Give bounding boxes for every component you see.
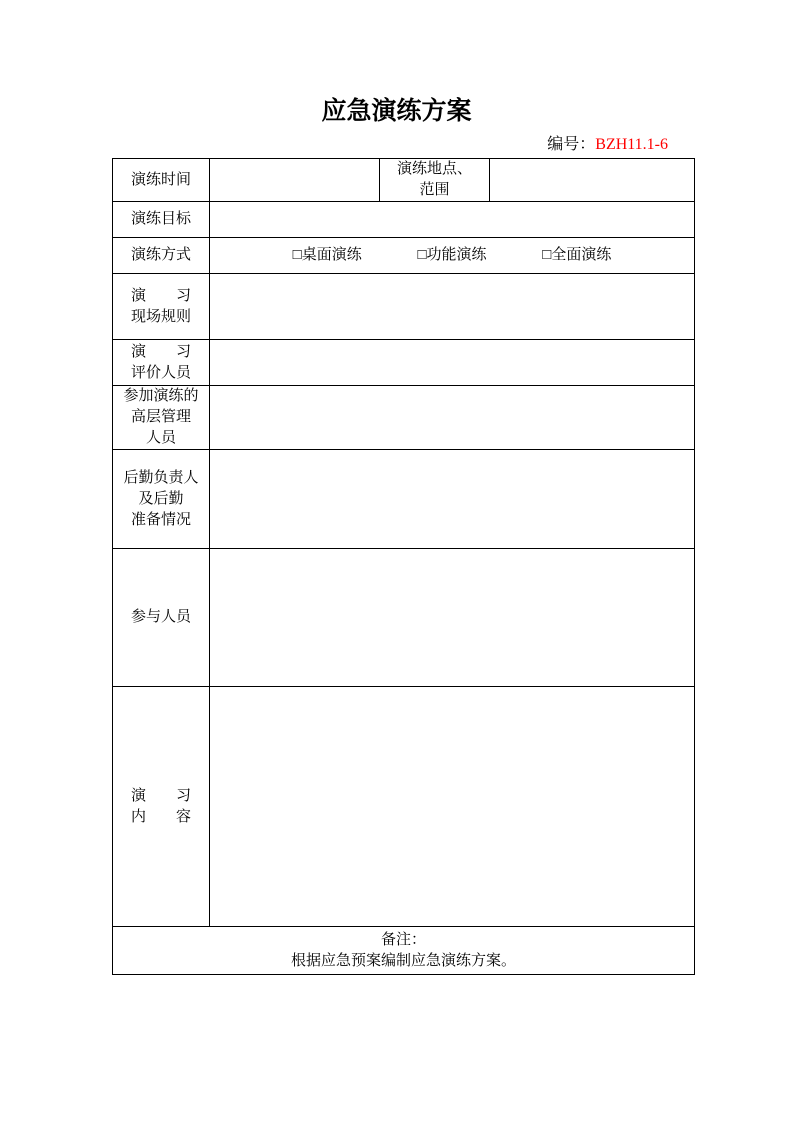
senior-managers-input[interactable] (210, 386, 695, 450)
drill-objective-label: 演练目标 (113, 202, 210, 238)
remarks-label: 备注： (113, 930, 694, 951)
table-row: 参加演练的 高层管理 人员 (113, 386, 695, 450)
drill-mode-options: □桌面演练 □功能演练 □全面演练 (210, 238, 695, 274)
page-title: 应急演练方案 (0, 96, 793, 126)
table-row: 参与人员 (113, 549, 695, 687)
document-page: 应急演练方案 编号：BZH11.1-6 演练时间 演练地点、 范围 演练目标 (0, 0, 793, 1122)
table-row: 演练时间 演练地点、 范围 (113, 159, 695, 202)
remarks-cell: 备注： 根据应急预案编制应急演练方案。 (113, 927, 695, 975)
logistics-label: 后勤负责人 及后勤 准备情况 (113, 450, 210, 549)
drill-content-label: 演 习 内 容 (113, 687, 210, 927)
table-row: 演 习 内 容 (113, 687, 695, 927)
drill-time-label: 演练时间 (113, 159, 210, 202)
table-row: 后勤负责人 及后勤 准备情况 (113, 450, 695, 549)
doc-number-value: BZH11.1-6 (595, 136, 668, 153)
senior-managers-label: 参加演练的 高层管理 人员 (113, 386, 210, 450)
site-rules-input[interactable] (210, 274, 695, 340)
table-row: 演 习 评价人员 (113, 340, 695, 386)
evaluators-label: 演 习 评价人员 (113, 340, 210, 386)
table-row: 演 习 现场规则 (113, 274, 695, 340)
drill-objective-input[interactable] (210, 202, 695, 238)
site-rules-label: 演 习 现场规则 (113, 274, 210, 340)
table-row: 演练目标 (113, 202, 695, 238)
drill-time-input[interactable] (210, 159, 380, 202)
drill-mode-label: 演练方式 (113, 238, 210, 274)
doc-number: 编号：BZH11.1-6 (547, 135, 668, 155)
participants-label: 参与人员 (113, 549, 210, 687)
doc-number-label: 编号： (547, 136, 595, 153)
drill-content-input[interactable] (210, 687, 695, 927)
participants-input[interactable] (210, 549, 695, 687)
remarks-note: 根据应急预案编制应急演练方案。 (113, 951, 694, 972)
full-scale-drill-checkbox-option[interactable]: □全面演练 (542, 245, 611, 266)
evaluators-input[interactable] (210, 340, 695, 386)
drill-location-input[interactable] (490, 159, 695, 202)
table-row: 备注： 根据应急预案编制应急演练方案。 (113, 927, 695, 975)
tabletop-drill-checkbox-option[interactable]: □桌面演练 (293, 245, 362, 266)
drill-plan-form-table: 演练时间 演练地点、 范围 演练目标 演练方式 □桌面演练 □功能演练 □全面演… (112, 158, 695, 975)
logistics-input[interactable] (210, 450, 695, 549)
table-row: 演练方式 □桌面演练 □功能演练 □全面演练 (113, 238, 695, 274)
functional-drill-checkbox-option[interactable]: □功能演练 (417, 245, 486, 266)
drill-location-label: 演练地点、 范围 (380, 159, 490, 202)
